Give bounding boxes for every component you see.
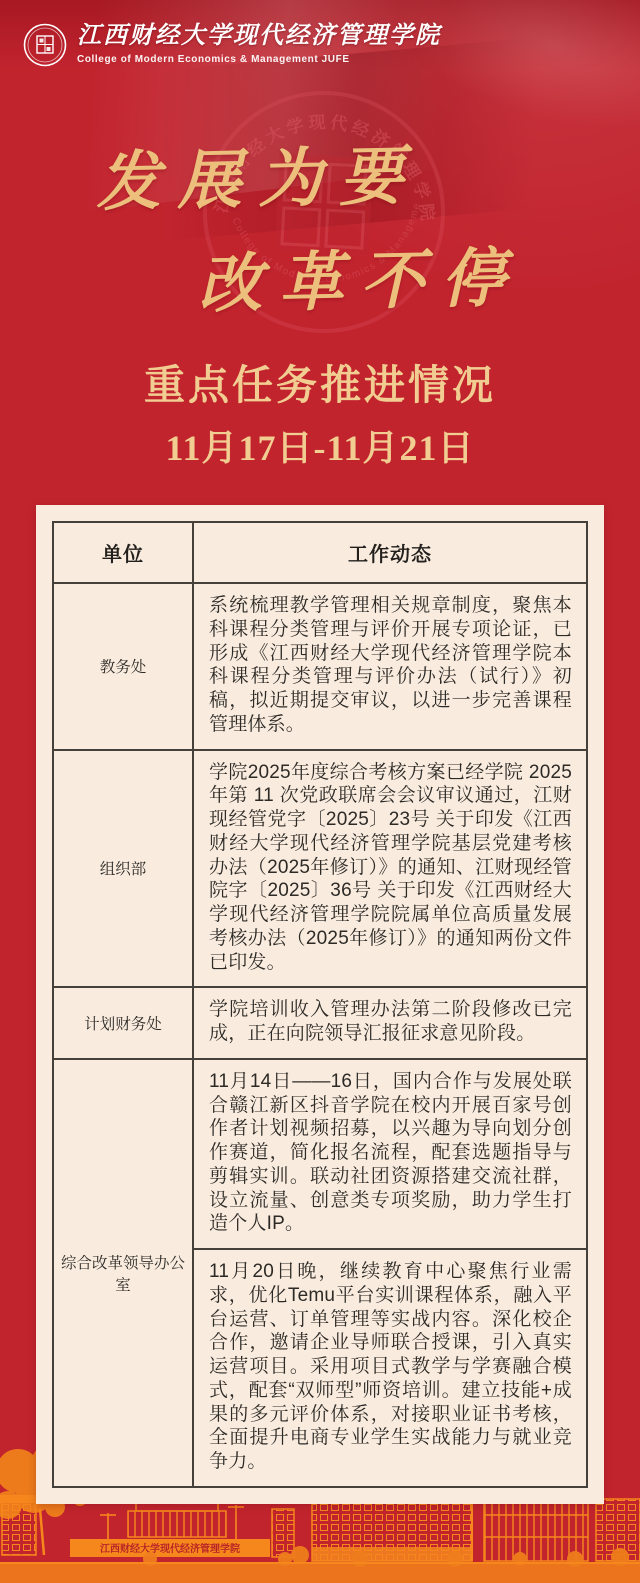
org-name-en: College of Modern Economics & Management… xyxy=(77,54,441,65)
table-row: 教务处 系统梳理教学管理相关规章制度，聚焦本科课程分类管理与评价开展专项论证，已… xyxy=(54,582,586,749)
update-paragraph: 11月14日——16日，国内合作与发展处联合赣江新区抖音学院在校内开展百家号创作… xyxy=(194,1060,586,1248)
update-paragraph: 学院2025年度综合考核方案已经学院 2025年第 11 次党政联席会会议审议通… xyxy=(194,751,586,987)
header: 江西财经大学现代经济管理学院 College of Modern Economi… xyxy=(22,22,441,68)
unit-label: 计划财务处 xyxy=(54,988,194,1058)
table-row: 计划财务处 学院培训收入管理办法第二阶段修改已完成，正在向院领导汇报征求意见阶段… xyxy=(54,986,586,1058)
update-paragraph: 11月20日晚，继续教育中心聚焦行业需求，优化Temu平台实训课程体系，融入平台… xyxy=(194,1248,586,1486)
main-title-line2: 改革不停 xyxy=(197,227,523,326)
poster-root: 江西财经大学现代经济管理学院 College of Modern Economi… xyxy=(0,0,640,1583)
table-row: 综合改革领导办公室 11月14日——16日，国内合作与发展处联合赣江新区抖音学院… xyxy=(54,1058,586,1486)
org-name-cn: 江西财经大学现代经济管理学院 xyxy=(77,22,441,51)
update-paragraph: 系统梳理教学管理相关规章制度，聚焦本科课程分类管理与评价开展专项论证，已形成《江… xyxy=(194,584,586,749)
work-updates-table: 单位 工作动态 教务处 系统梳理教学管理相关规章制度，聚焦本科课程分类管理与评价… xyxy=(52,521,588,1488)
main-title-line1: 发展为要 xyxy=(95,125,421,224)
gate-sign-text: 江西财经大学现代经济管理学院 xyxy=(100,1542,240,1555)
unit-label: 组织部 xyxy=(54,751,194,987)
report-card: 单位 工作动态 教务处 系统梳理教学管理相关规章制度，聚焦本科课程分类管理与评价… xyxy=(36,505,604,1504)
header-unit: 单位 xyxy=(54,523,194,582)
update-paragraph: 学院培训收入管理办法第二阶段修改已完成，正在向院领导汇报征求意见阶段。 xyxy=(194,988,586,1058)
university-seal-logo-icon xyxy=(22,22,68,68)
unit-label: 教务处 xyxy=(54,584,194,749)
unit-label: 综合改革领导办公室 xyxy=(54,1060,194,1486)
subtitle: 重点任务推进情况 xyxy=(0,352,640,411)
date-range: 11月17日-11月21日 xyxy=(0,420,640,471)
header-updates: 工作动态 xyxy=(194,523,586,582)
table-header-row: 单位 工作动态 xyxy=(54,523,586,582)
table-row: 组织部 学院2025年度综合考核方案已经学院 2025年第 11 次党政联席会会… xyxy=(54,749,586,987)
